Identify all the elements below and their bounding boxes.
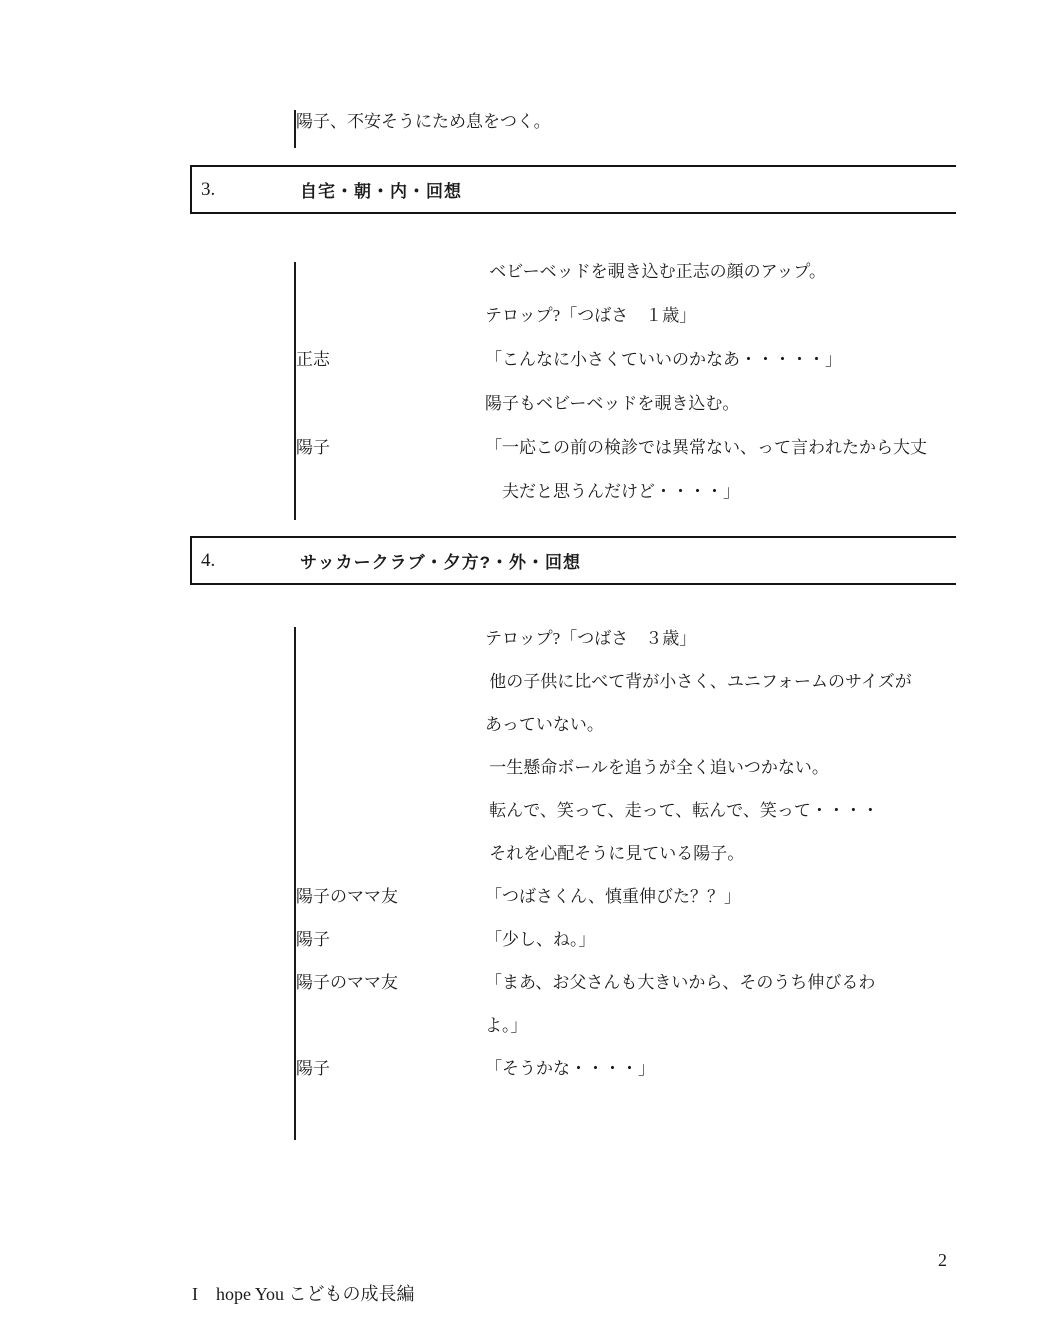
script-row: 陽子のママ友「つばさくん、慎重伸びた？？」 [296, 875, 976, 918]
scene-number: 4. [192, 550, 300, 572]
script-row: 夫だと思うんだけど・・・・」 [296, 470, 976, 514]
script-row: 正志「こんなに小さくていいのかなあ・・・・・」 [296, 338, 976, 382]
scene-heading-box-4: 4. サッカークラブ・夕方?・外・回想 [190, 536, 956, 585]
script-text: 転んで、笑って、走って、転んで、笑って・・・・ [485, 789, 879, 832]
script-row: 陽子「そうかな・・・・」 [296, 1047, 976, 1090]
script-text: 「こんなに小さくていいのかなあ・・・・・」 [485, 338, 842, 382]
script-row: 陽子「少し、ね。」 [296, 918, 976, 961]
script-text: テロップ?「つばさ ３歳」 [485, 617, 696, 660]
scene-title: 自宅・朝・内・回想 [300, 177, 462, 202]
character-name [296, 1004, 485, 1047]
script-text: 他の子供に比べて背が小さく、ユニフォームのサイズが [485, 660, 912, 703]
script-row: テロップ?「つばさ １歳」 [296, 294, 976, 338]
character-name: 陽子 [296, 918, 485, 961]
character-name: 正志 [296, 338, 485, 382]
footer-title: I hope You こどもの成長編 [192, 1280, 415, 1306]
script-text: 「少し、ね。」 [485, 918, 596, 961]
character-name [296, 832, 485, 875]
script-row: それを心配そうに見ている陽子。 [296, 832, 976, 875]
script-row: 他の子供に比べて背が小さく、ユニフォームのサイズが [296, 660, 976, 703]
script-text: テロップ?「つばさ １歳」 [485, 294, 696, 338]
script-text: 「つばさくん、慎重伸びた？？」 [485, 875, 741, 918]
script-text: 夫だと思うんだけど・・・・」 [485, 470, 740, 514]
character-name: 陽子のママ友 [296, 961, 485, 1004]
character-name: 陽子 [296, 1047, 485, 1090]
script-text: よ。」 [485, 1004, 528, 1047]
script-text: 陽子もベビーベッドを覗き込む。 [485, 382, 739, 426]
script-row: 陽子もベビーベッドを覗き込む。 [296, 382, 976, 426]
script-row: テロップ?「つばさ ３歳」 [296, 617, 976, 660]
scene-4-script: テロップ?「つばさ ３歳」 他の子供に比べて背が小さく、ユニフォームのサイズがあ… [296, 617, 976, 1090]
character-name [296, 617, 485, 660]
page: { "document": { "opening_action": "陽子、不安… [0, 0, 1052, 1332]
script-row: 一生懸命ボールを追うが全く追いつかない。 [296, 746, 976, 789]
script-text: 一生懸命ボールを追うが全く追いつかない。 [485, 746, 829, 789]
action-line: 陽子、不安そうにため息をつく。 [296, 104, 956, 140]
scene-3-script: ベビーベッドを覗き込む正志の顔のアップ。テロップ?「つばさ １歳」正志「こんなに… [296, 250, 976, 514]
character-name [296, 789, 485, 832]
script-row: 転んで、笑って、走って、転んで、笑って・・・・ [296, 789, 976, 832]
script-row: よ。」 [296, 1004, 976, 1047]
character-name [296, 250, 485, 294]
scene-heading-box-3: 3. 自宅・朝・内・回想 [190, 165, 956, 214]
script-row: 陽子のママ友「まあ、お父さんも大きいから、そのうち伸びるわ [296, 961, 976, 1004]
script-text: ベビーベッドを覗き込む正志の顔のアップ。 [485, 250, 826, 294]
character-name [296, 703, 485, 746]
character-name: 陽子 [296, 426, 485, 470]
character-name [296, 660, 485, 703]
script-text: 「一応この前の検診では異常ない、って言われたから大丈 [485, 426, 927, 470]
character-name [296, 294, 485, 338]
script-text: それを心配そうに見ている陽子。 [485, 832, 744, 875]
character-name [296, 746, 485, 789]
script-text: あっていない。 [485, 703, 604, 746]
character-name [296, 470, 485, 514]
script-text: 「まあ、お父さんも大きいから、そのうち伸びるわ [485, 961, 875, 1004]
script-row: あっていない。 [296, 703, 976, 746]
script-row: 陽子「一応この前の検診では異常ない、って言われたから大丈 [296, 426, 976, 470]
script-row: ベビーベッドを覗き込む正志の顔のアップ。 [296, 250, 976, 294]
scene-number: 3. [192, 179, 300, 201]
page-number: 2 [938, 1250, 947, 1271]
script-text: 「そうかな・・・・」 [485, 1047, 655, 1090]
scene-title: サッカークラブ・夕方?・外・回想 [300, 548, 581, 573]
character-name [296, 382, 485, 426]
character-name: 陽子のママ友 [296, 875, 485, 918]
